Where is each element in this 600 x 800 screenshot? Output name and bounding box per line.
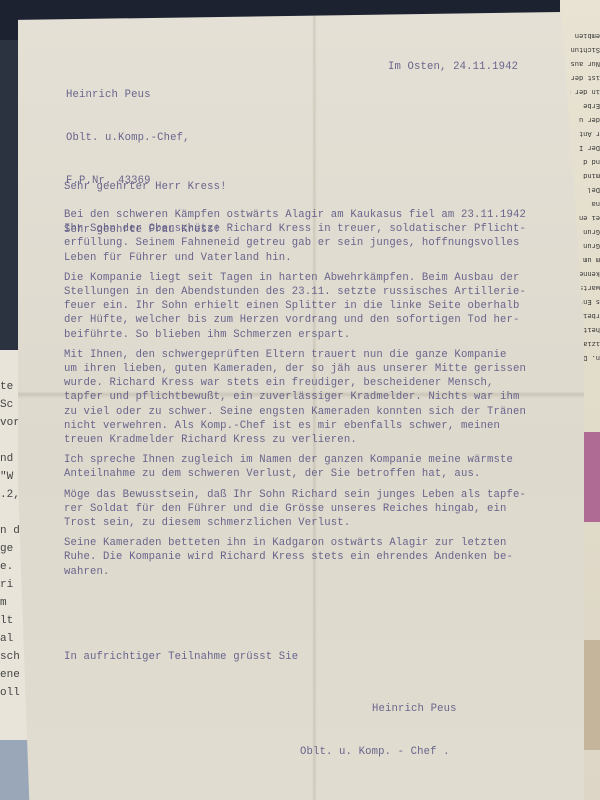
closing: In aufrichtiger Teilnahme grüsst Sie — [64, 650, 298, 664]
background-text-fragment: r Ant — [570, 128, 600, 137]
paragraph: Ich spreche Ihnen zugleich im Namen der … — [64, 453, 526, 481]
text-line: feuer ein. Ihr Sohn erhielt einen Splitt… — [64, 299, 526, 313]
background-text-fragment: in der B — [570, 86, 600, 95]
background-pink-card — [582, 432, 600, 522]
paragraph: Mit Ihnen, den schwergeprüften Eltern tr… — [64, 348, 526, 447]
paragraph: Bei den schweren Kämpfen ostwärts Alagir… — [64, 208, 526, 265]
text-line: Stellungen in den Abendstunden des 23.11… — [64, 285, 526, 299]
salutation-line: Sehr geehrter Herr Kress! — [64, 180, 227, 194]
text-line: Mit Ihnen, den schwergeprüften Eltern tr… — [64, 348, 526, 362]
signature-name: Heinrich Peus — [300, 702, 457, 716]
text-line: erfüllung. Seinem Fahneneid getreu gab e… — [64, 236, 526, 250]
background-brown-card — [582, 640, 600, 750]
sender-rank: Oblt. u.Komp.-Chef, — [66, 131, 190, 145]
text-line: Ruhe. Die Kompanie wird Richard Kress st… — [64, 550, 526, 564]
paragraph: Die Kompanie liegt seit Tagen in harten … — [64, 271, 526, 342]
text-line: Die Kompanie liegt seit Tagen in harten … — [64, 271, 526, 285]
text-line: Seine Kameraden betteten ihn in Kadgaron… — [64, 536, 526, 550]
text-line: Ich spreche Ihnen zugleich im Namen der … — [64, 453, 526, 467]
background-text-fragment: nd d — [570, 156, 600, 165]
background-text-fragment: Del — [570, 184, 600, 193]
background-text-fragment: Erbe — [570, 100, 600, 109]
text-line: treuen Kradmelder Richard Kress zu verli… — [64, 433, 526, 447]
background-text-fragment: ene — [0, 668, 24, 683]
paragraph: Möge das Bewusstsein, daß Ihr Sohn Richa… — [64, 488, 526, 531]
background-text-fragment: al — [0, 632, 24, 647]
text-line: Möge das Bewusstsein, daß Ihr Sohn Richa… — [64, 488, 526, 502]
text-line: Anteilnahme zu dem schweren Verlust, der… — [64, 467, 526, 481]
background-text-fragment: ri — [0, 578, 24, 593]
text-line: zu viel oder zu schwer. Seine engsten Ka… — [64, 405, 526, 419]
text-line: wahren. — [64, 565, 526, 579]
signature-block: Heinrich Peus Oblt. u. Komp. - Chef . — [300, 674, 457, 788]
background-text-fragment: oll — [0, 686, 24, 701]
place-date: Im Osten, 24.11.1942 — [388, 60, 518, 74]
background-text-fragment: Der I — [570, 142, 600, 151]
background-text-fragment: ist der E — [570, 72, 600, 81]
background-text-fragment: Nur ausz — [570, 58, 600, 67]
text-line: tapfer und pflichtbewußt, ein zuverlässi… — [64, 390, 526, 404]
text-line: der Hüfte, welcher bis zum Herzen vordra… — [64, 313, 526, 327]
signature-rank: Oblt. u. Komp. - Chef . — [300, 745, 457, 759]
text-line: Trost sein, zu diesem schmerzlichen Verl… — [64, 516, 526, 530]
background-text-fragment: Sichtun — [570, 44, 600, 53]
text-line: rer Soldat für den Führer und die Grösse… — [64, 502, 526, 516]
text-line: um ihren lieben, guten Kameraden, der so… — [64, 362, 526, 376]
background-text-fragment: m — [0, 596, 24, 611]
text-line: nicht verwehren. Als Komp.-Chef ist es m… — [64, 419, 526, 433]
background-text-fragment: lt — [0, 614, 24, 629]
text-line: Leben für Führer und Vaterland hin. — [64, 251, 526, 265]
background-text-fragment: embien L — [570, 30, 600, 39]
background-text-fragment: mind — [570, 170, 600, 179]
text-line: Bei den schweren Kämpfen ostwärts Alagir… — [64, 208, 526, 222]
sender-name: Heinrich Peus — [66, 88, 190, 102]
background-text-fragment: sch — [0, 650, 24, 665]
text-line: beiführte. So blieben ihm Schmerzen ersp… — [64, 328, 526, 342]
letter-body: Bei den schweren Kämpfen ostwärts Alagir… — [64, 208, 526, 585]
background-text-fragment: der u — [570, 114, 600, 123]
paragraph: Seine Kameraden betteten ihn in Kadgaron… — [64, 536, 526, 579]
letter-sheet: Heinrich Peus Oblt. u.Komp.-Chef, F.P.Nr… — [18, 12, 584, 800]
text-line: Ihr Sohn der Oberschütze Richard Kress i… — [64, 222, 526, 236]
background-text-fragment: e. — [0, 560, 24, 575]
text-line: wurde. Richard Kress war stets ein freud… — [64, 376, 526, 390]
